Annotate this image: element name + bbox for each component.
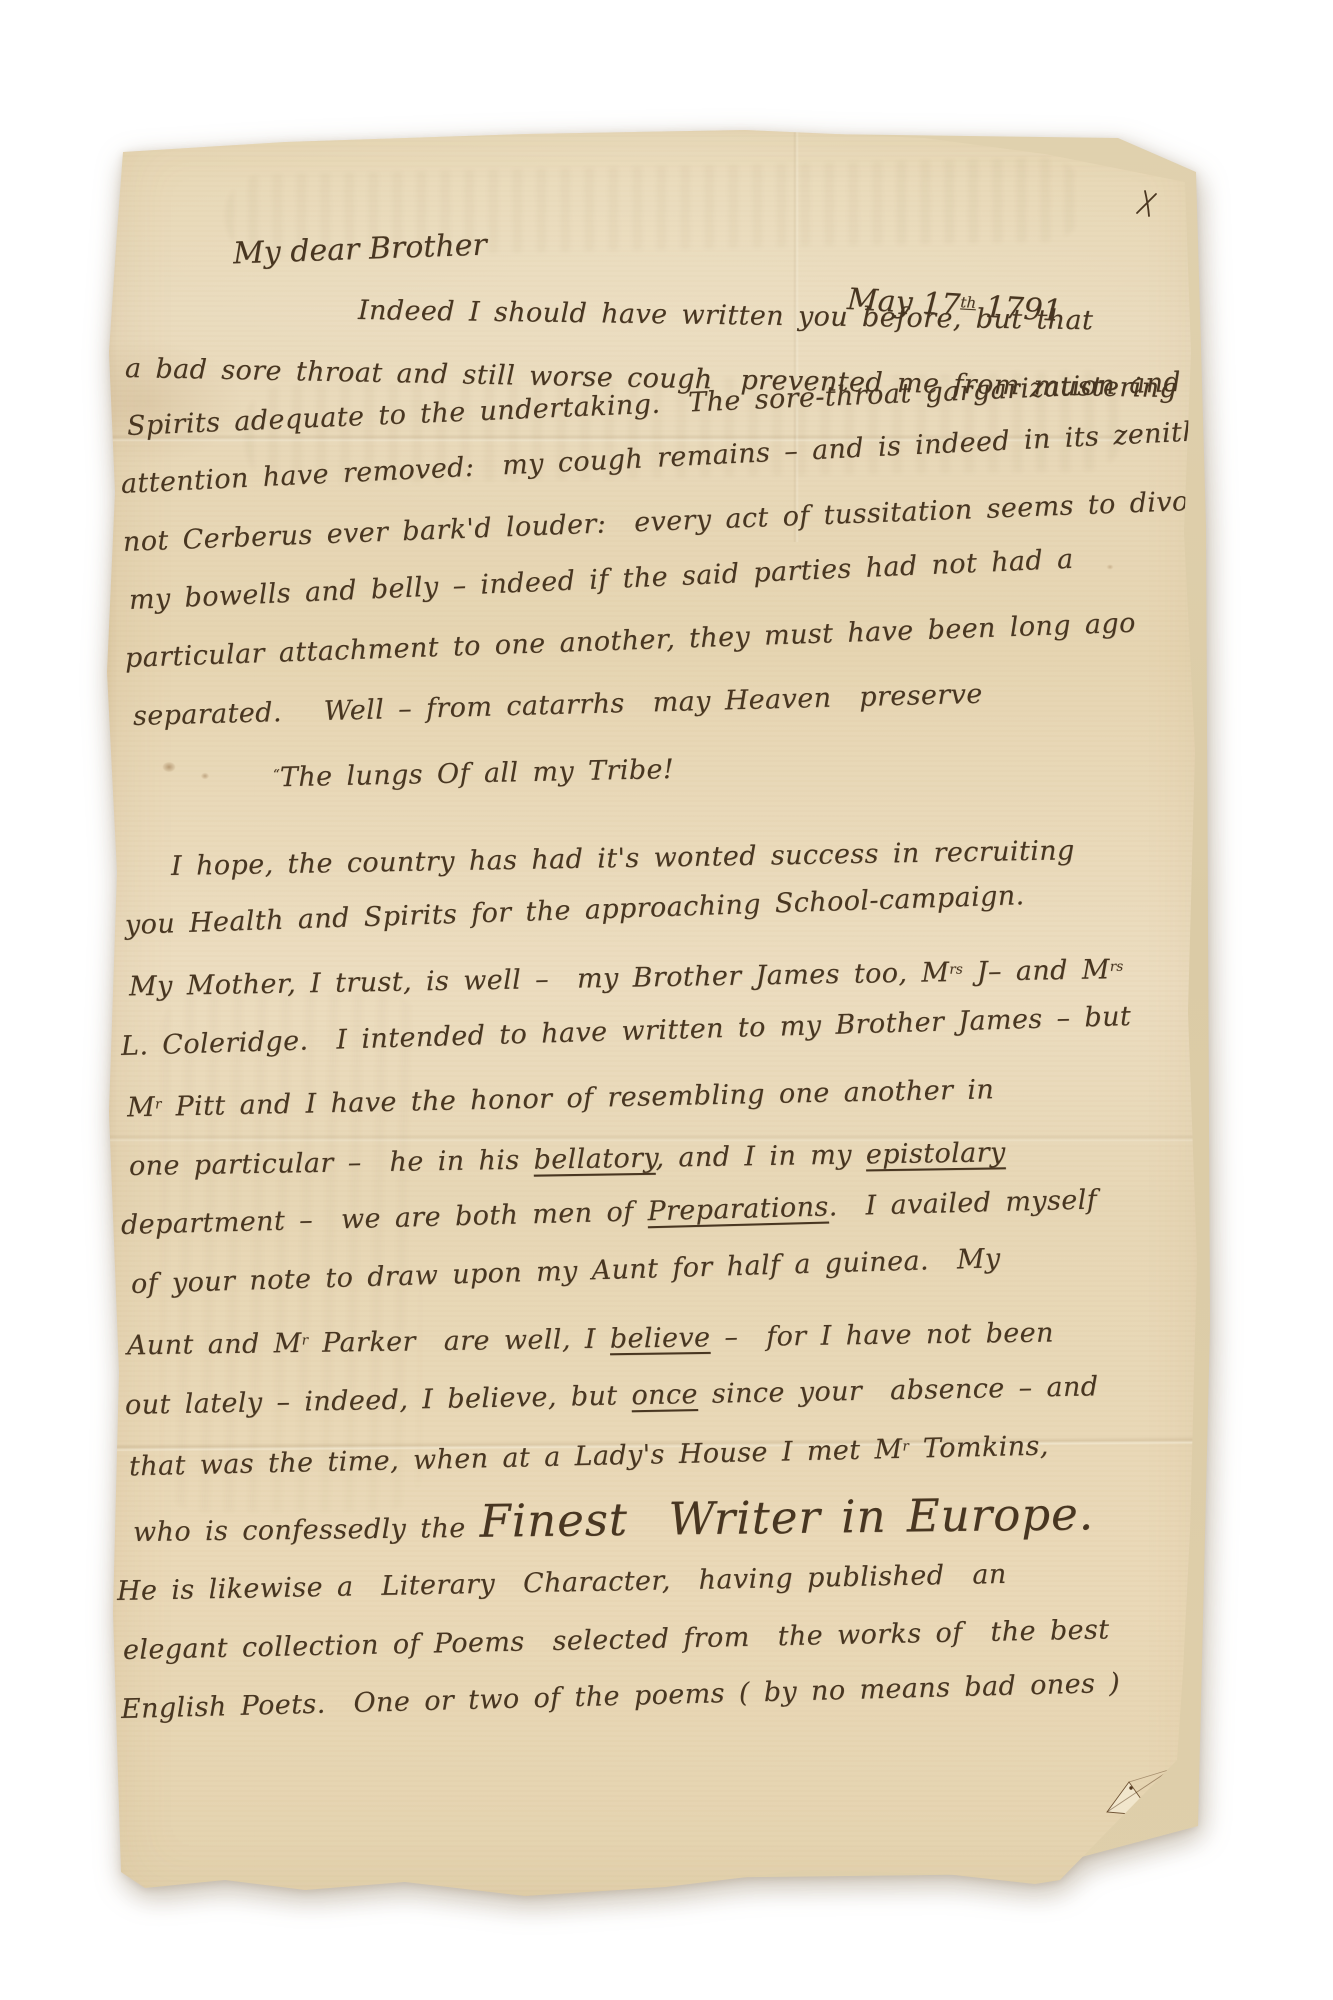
handwriting-segment: Parker are well, I <box>308 1324 610 1359</box>
paragraph-1: Indeed I should have written you before,… <box>123 282 1201 807</box>
handwriting-segment: Tomkins, <box>909 1430 1049 1464</box>
letter-body: Indeed I should have written you before,… <box>123 282 1201 1739</box>
handwriting-segment: . I availed myself <box>828 1185 1097 1223</box>
handwriting-segment: department – we are both men of <box>121 1196 648 1241</box>
handwriting-segment: believe <box>610 1323 711 1355</box>
handwriting-segment: bellatory <box>533 1143 655 1176</box>
handwriting-segment: rs <box>1110 959 1124 975</box>
handwriting-segment: who is confessedly the <box>133 1513 480 1548</box>
handwriting-segment: Indeed I should have written you before,… <box>358 295 1094 336</box>
handwriting-segment: Pitt and I have the honor of resembling … <box>161 1074 994 1122</box>
salutation: My dear Brother <box>232 228 487 272</box>
handwriting-segment: J– and M <box>963 955 1111 989</box>
handwriting-segment: once <box>631 1379 698 1411</box>
handwriting-segment: Finest Writer in Europe. <box>479 1487 1094 1548</box>
handwriting-segment: that was the time, when at a Lady's Hous… <box>129 1434 903 1483</box>
pen-check-mark <box>1137 191 1156 216</box>
paragraph-2: I hope, the country has had it's wonted … <box>123 837 1201 1739</box>
handwriting-segment: out lately – indeed, I believe, but <box>125 1380 632 1421</box>
handwriting-segment: M <box>127 1092 156 1124</box>
letter-page: My dear Brother May 17th 1791 Indeed I s… <box>105 112 1215 1912</box>
handwriting-segment: The lungs Of all my Tribe! <box>280 754 675 793</box>
letter-line: Indeed I should have written you before,… <box>358 282 1333 355</box>
handwriting-segment: Aunt and M <box>127 1328 302 1361</box>
handwriting-segment: Preparations <box>647 1192 829 1228</box>
letter-photo: My dear Brother May 17th 1791 Indeed I s… <box>0 0 1333 2000</box>
handwriting-segment: English Poets. One or two of the poems (… <box>121 1668 1121 1725</box>
handwriting-segment: epistolary <box>866 1137 1006 1170</box>
scan-background: { "page": {"background": "#ffffff"}, "le… <box>0 0 1333 2000</box>
handwriting-segment: separated. Well – from catarrhs may Heav… <box>133 679 983 732</box>
handwriting-segment: since your absence – and <box>698 1371 1099 1410</box>
handwriting-segment: of your note to draw upon my Aunt for ha… <box>131 1243 1001 1300</box>
handwriting-segment: – for I have not been <box>710 1318 1054 1354</box>
handwriting-segment: rs <box>949 962 963 978</box>
handwriting-segment: one particular – he in his <box>129 1145 534 1182</box>
handwriting-segment: He is likewise a Literary Character, hav… <box>117 1559 1007 1607</box>
handwriting-segment: , and I in my <box>655 1140 866 1174</box>
